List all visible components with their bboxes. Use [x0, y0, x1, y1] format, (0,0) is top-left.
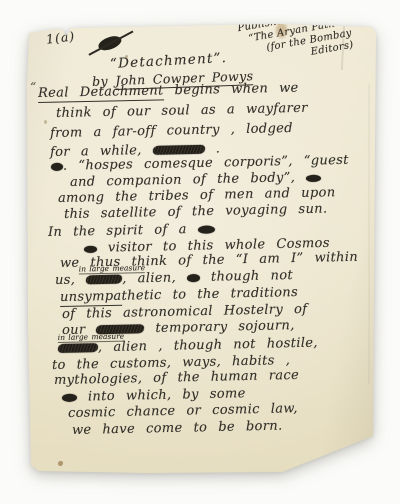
- ink-blot: [51, 163, 63, 171]
- ink-slash: [88, 30, 133, 55]
- ink-blot: [198, 226, 215, 234]
- ink-blot: [306, 175, 321, 182]
- photo-stage: 1(a) Published in“The Aryan Path”(for th…: [0, 0, 400, 504]
- publication-note: Published in“The Aryan Path”(for the Bom…: [222, 0, 400, 73]
- underlined-handwritten-text: unsympa: [60, 289, 122, 307]
- paper-speck: [44, 120, 47, 124]
- ink-scribble-crossout: [57, 343, 98, 353]
- handwritten-text: us,: [55, 272, 87, 288]
- handwritten-text: though not: [200, 268, 293, 285]
- handwritten-text: thetic to the traditions: [121, 285, 298, 304]
- manuscript-page: 1(a) Published in“The Aryan Path”(for th…: [26, 24, 376, 474]
- handwritten-text: .: [205, 141, 221, 156]
- underlined-handwritten-text: Real Detachment: [38, 83, 164, 102]
- ink-blot: [62, 394, 77, 402]
- manuscript-line: from a far-off country , lodged: [50, 121, 293, 142]
- handwritten-text: temporary sojourn,: [144, 318, 295, 336]
- ink-scribble-crossout: [86, 275, 123, 285]
- inserted-correction-text: in large measure: [79, 263, 146, 274]
- handwritten-text: In the spirit of a: [48, 222, 198, 240]
- inserted-correction-text: in large measure: [58, 332, 125, 343]
- handwritten-text: from a far-off country , lodged: [50, 121, 293, 141]
- ink-blot: [84, 246, 97, 253]
- stray-quote-mark: “: [30, 80, 36, 94]
- manuscript-line: we have come to be born.: [72, 419, 283, 439]
- ink-blot: [187, 274, 200, 282]
- ink-scribble-crossout: [152, 145, 205, 155]
- handwritten-text: we have come to be born.: [72, 419, 283, 438]
- manuscript-line: think of our soul as a wayfarer: [56, 101, 308, 122]
- page-number: 1(a): [45, 28, 76, 46]
- paper-speck: [58, 461, 63, 466]
- manuscript-page-wrapper: 1(a) Published in“The Aryan Path”(for th…: [26, 24, 376, 474]
- handwritten-text: think of our soul as a wayfarer: [56, 101, 308, 121]
- manuscript-line: Real Detachment begins when we: [38, 81, 299, 102]
- handwritten-text: begins when we: [163, 81, 298, 99]
- paper-crease: [368, 84, 370, 384]
